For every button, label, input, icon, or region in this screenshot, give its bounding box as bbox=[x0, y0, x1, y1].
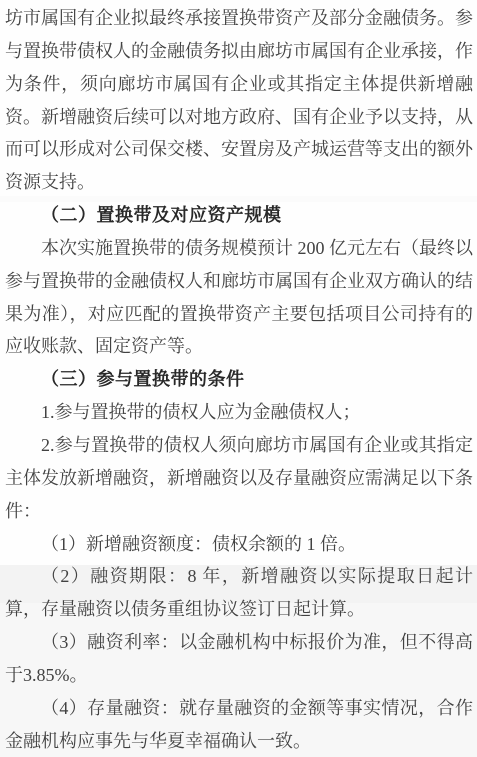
scanned-document-page: 坊市属国有企业拟最终承接置换带资产及部分金融债务。参与置换带债权人的金融债务拟由… bbox=[0, 0, 477, 757]
section-heading-iii: （三）参与置换带的条件 bbox=[5, 363, 473, 396]
paragraph-debt-scale: 本次实施置换带的债务规模预计 200 亿元左右（最终以参与置换带的金融债权人和廊… bbox=[5, 232, 473, 363]
condition-sub-item-3: （3）融资利率：以金融机构中标报价为准，但不得高于3.85%。 bbox=[5, 626, 473, 692]
condition-sub-item-2: （2）融资期限：8 年，新增融资以实际提取日起计算，存量融资以债务重组协议签订日… bbox=[5, 560, 473, 626]
condition-sub-item-4: （4）存量融资：就存量融资的金额等事实情况，合作金融机构应事先与华夏幸福确认一致… bbox=[5, 692, 473, 757]
condition-item-1: 1.参与置换带的债权人应为金融债权人； bbox=[5, 396, 473, 429]
condition-item-2: 2.参与置换带的债权人须向廊坊市属国有企业或其指定主体发放新增融资，新增融资以及… bbox=[5, 429, 473, 528]
section-heading-ii: （二）置换带及对应资产规模 bbox=[5, 199, 473, 232]
condition-sub-item-1: （1）新增融资额度：债权余额的 1 倍。 bbox=[5, 528, 473, 561]
document-content: 坊市属国有企业拟最终承接置换带资产及部分金融债务。参与置换带债权人的金融债务拟由… bbox=[0, 0, 477, 757]
continuation-paragraph: 坊市属国有企业拟最终承接置换带资产及部分金融债务。参与置换带债权人的金融债务拟由… bbox=[5, 2, 473, 199]
